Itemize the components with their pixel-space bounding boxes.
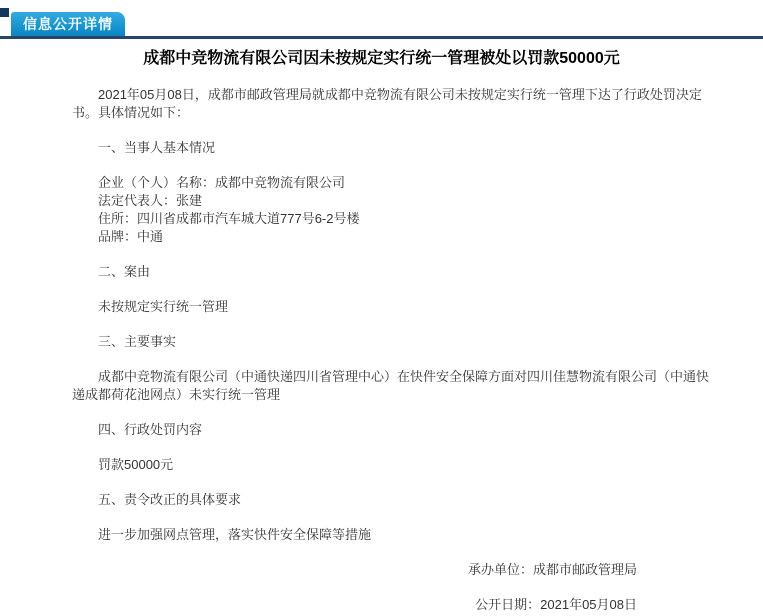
article-title: 成都中竞物流有限公司因未按规定实行统一管理被处以罚款50000元 [0, 48, 763, 69]
section-heading-5: 五、责令改正的具体要求 [72, 491, 712, 509]
section-heading-3: 三、主要事实 [72, 333, 712, 351]
article-content: 2021年05月08日，成都市邮政管理局就成都中竞物流有限公司未按规定实行统一管… [0, 86, 712, 614]
tab-label: 信息公开详情 [23, 16, 113, 32]
info-disclosure-page: 信息公开详情 成都中竞物流有限公司因未按规定实行统一管理被处以罚款50000元 … [0, 0, 763, 616]
article-sections: 一、当事人基本情况企业（个人）名称：成都中竞物流有限公司法定代表人：张建住所：四… [72, 139, 712, 544]
corner-accent-square [0, 8, 9, 17]
organizer-line: 承办单位：成都市邮政管理局 [72, 561, 712, 579]
publish-date-line: 公开日期：2021年05月08日 [72, 596, 712, 614]
section-heading-1: 一、当事人基本情况 [72, 139, 712, 157]
article-intro: 2021年05月08日，成都市邮政管理局就成都中竞物流有限公司未按规定实行统一管… [72, 86, 712, 122]
section-heading-4: 四、行政处罚内容 [72, 421, 712, 439]
section-body-5: 进一步加强网点管理，落实快件安全保障等措施 [72, 526, 712, 544]
section-body-2: 未按规定实行统一管理 [72, 298, 712, 316]
section-body-1: 企业（个人）名称：成都中竞物流有限公司法定代表人：张建住所：四川省成都市汽车城大… [72, 174, 712, 246]
header-divider [0, 36, 763, 39]
section-heading-2: 二、案由 [72, 263, 712, 281]
tab-info-disclosure-detail[interactable]: 信息公开详情 [11, 12, 125, 36]
section-body-3: 成都中竞物流有限公司（中通快递四川省管理中心）在快件安全保障方面对四川佳慧物流有… [72, 368, 712, 404]
page-header: 信息公开详情 [0, 0, 763, 39]
section-body-4: 罚款50000元 [72, 456, 712, 474]
